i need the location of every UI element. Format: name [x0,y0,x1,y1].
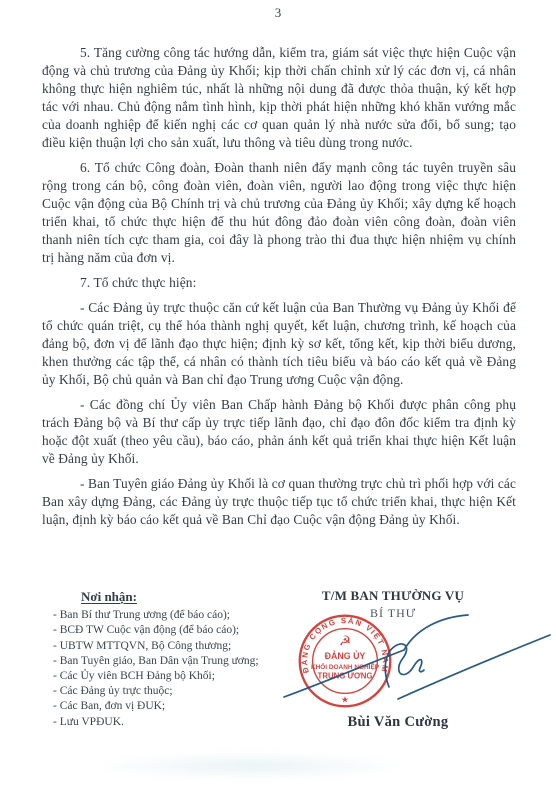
signer-name: Bùi Văn Cường [298,714,498,731]
paragraph-7-item-2: - Các đồng chí Ủy viên Ban Chấp hành Đản… [42,396,516,468]
handwritten-signature [270,598,556,713]
recipient-line: - Các Đảng ủy trực thuộc; [53,684,298,699]
recipients-block: Nơi nhận: - Ban Bí thư Trung ương (để bá… [53,589,298,730]
recipient-line: - BCĐ TW Cuộc vận động (để báo cáo); [53,623,298,638]
page-number: 3 [0,5,556,21]
document-body: 5. Tăng cường công tác hướng dẫn, kiểm t… [42,44,516,536]
recipient-line: - Lưu VPĐUK. [53,715,298,730]
recipient-line: - Ban Tuyên giáo, Ban Dân vận Trung ương… [53,654,298,669]
paragraph-7-heading: 7. Tổ chức thực hiện: [42,274,516,292]
recipient-line: - Ban Bí thư Trung ương (để báo cáo); [53,608,298,623]
paragraph-6: 6. Tổ chức Công đoàn, Đoàn thanh niên đẩ… [42,159,516,267]
paragraph-5: 5. Tăng cường công tác hướng dẫn, kiểm t… [42,44,516,152]
recipient-line: - Các Ủy viên BCH Đảng bộ Khối; [53,669,298,684]
paragraph-7-item-1: - Các Đảng ủy trực thuộc căn cứ kết luận… [42,299,516,389]
recipient-line: - UBTW MTTQVN, Bộ Công thương; [53,639,298,654]
recipients-heading: Nơi nhận: [81,589,298,604]
document-page: 3 5. Tăng cường công tác hướng dẫn, kiểm… [0,0,556,800]
scan-artifact [90,752,410,780]
paragraph-7-item-3: - Ban Tuyên giáo Đảng ủy Khối là cơ quan… [42,475,516,529]
recipient-line: - Các Ban, đơn vị ĐUK; [53,699,298,714]
